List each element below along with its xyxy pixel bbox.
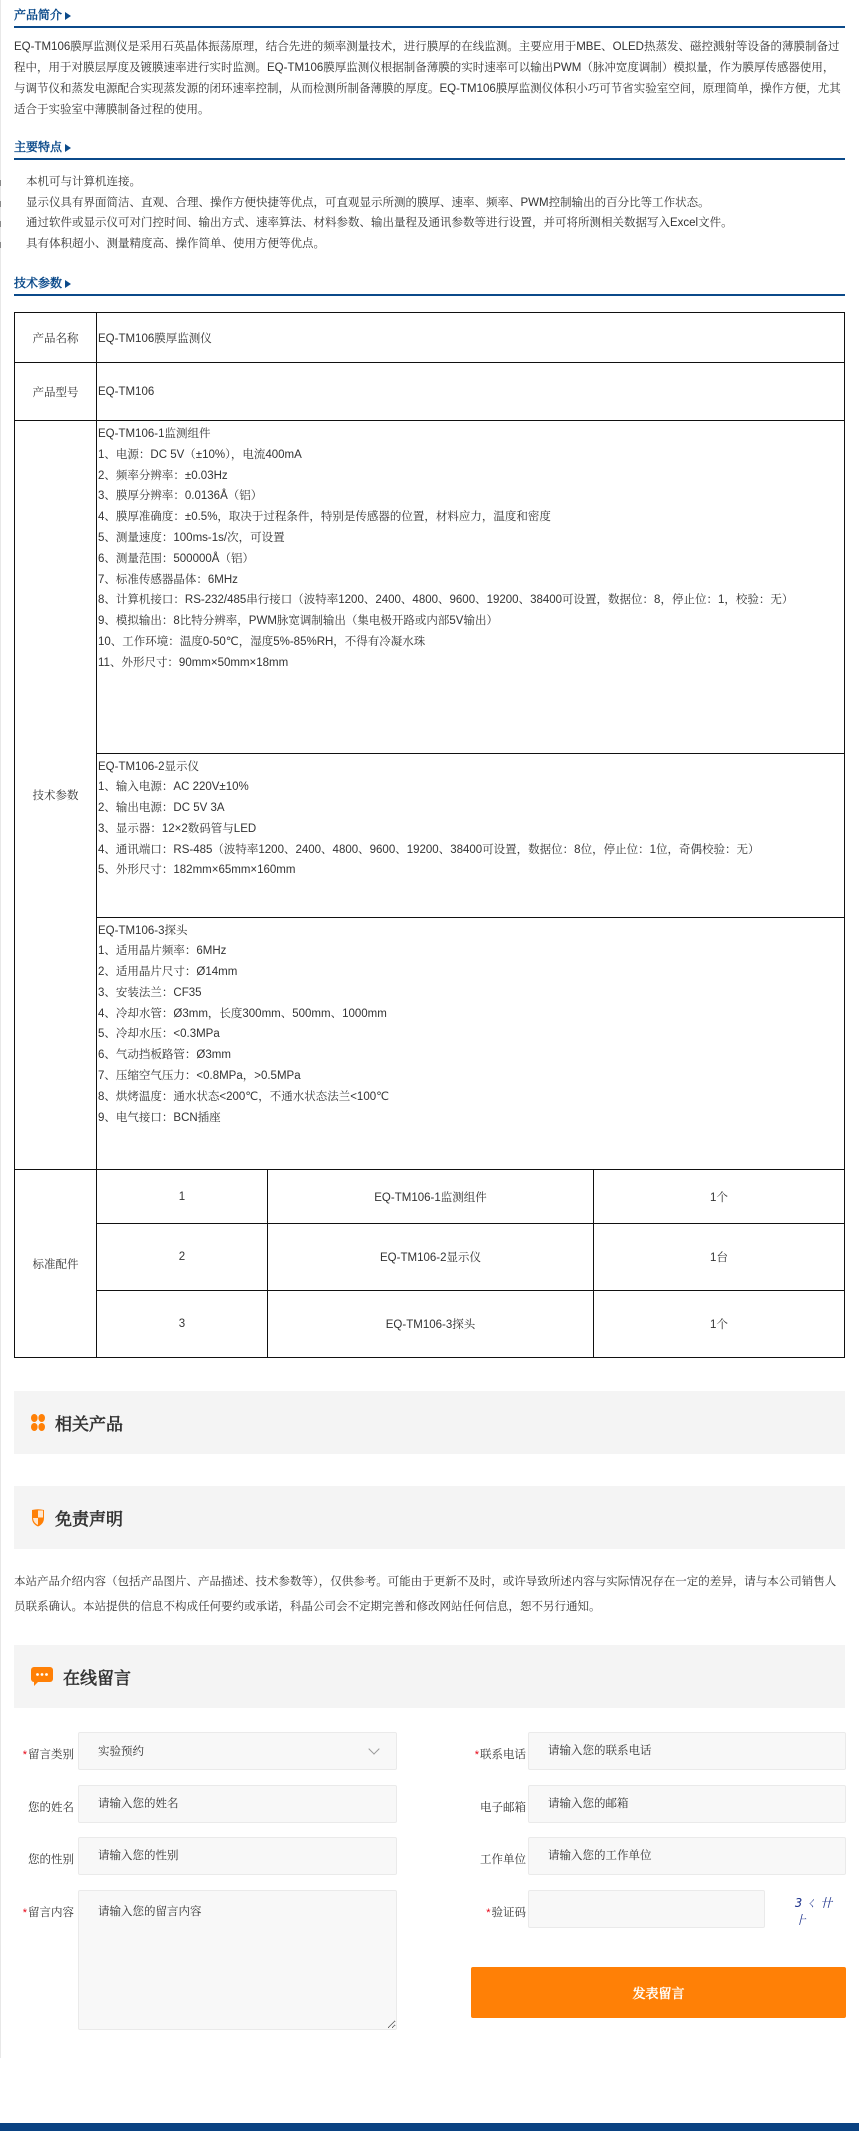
spec-line: 7、压缩空气压力：<0.8MPa，>0.5MPa [98,1066,844,1087]
feature-list: 本机可与计算机连接。 显示仪具有界面简洁、直观、合理、操作方便快捷等优点，可直观… [14,160,845,268]
category-label: *留言类别 [14,1746,74,1762]
table-row: 产品型号 EQ-TM106 [15,363,845,421]
spec-line: 5、测量速度：100ms-1s/次，可设置 [98,528,844,549]
block-title: EQ-TM106-3探头 [98,921,844,942]
spec-line: 9、模拟输出：8比特分辨率，PWM脉宽调制输出（集电极开路或内部5V输出） [98,611,844,632]
product-name-value: EQ-TM106膜厚监测仪 [97,313,845,363]
panel-title: 免责声明 [55,1505,123,1530]
spec-line: 3、安装法兰：CF35 [98,983,844,1004]
section-header-features: 主要特点 [14,132,845,160]
block-title: EQ-TM106-1监测组件 [98,424,844,445]
clover-icon [31,1414,45,1431]
accessory-no: 1 [97,1170,268,1224]
table-row: 产品名称 EQ-TM106膜厚监测仪 [15,313,845,363]
feature-item: 具有体积超小、测量精度高、操作简单、使用方便等优点。 [14,234,845,255]
row-label: 标准配件 [15,1170,97,1358]
accessory-row: 标准配件 1 EQ-TM106-1监测组件 1个 [15,1170,845,1224]
category-selected-value: 实验预约 [98,1743,144,1759]
accessory-qty: 1个 [594,1291,845,1358]
row-label: 产品名称 [15,313,97,363]
tech-params-blocks: EQ-TM106-1监测组件 1、电源：DC 5V（±10%），电流400mA … [97,421,844,1169]
spec-line: 6、测量范围：500000Å（铝） [98,549,844,570]
spec-line: 4、膜厚准确度：±0.5%，取决于过程条件，特别是传感器的位置，材料应力，温度和… [98,507,844,528]
spec-line: 3、膜厚分辨率：0.0136Å（铝） [98,486,844,507]
spec-block-monitor: EQ-TM106-1监测组件 1、电源：DC 5V（±10%），电流400mA … [97,421,844,753]
footer-bar [0,2123,859,2131]
spec-block-probe: EQ-TM106-3探头 1、适用晶片频率：6MHz 2、适用晶片尺寸：Ø14m… [97,917,844,1169]
chevron-down-icon [368,1743,379,1754]
spec-line: 3、显示器：12×2数码管与LED [98,819,844,840]
spec-line: 5、冷却水压：<0.3MPa [98,1024,844,1045]
gender-label: 您的性别 [14,1851,74,1867]
gender-input[interactable] [78,1837,397,1875]
spec-line: 2、适用晶片尺寸：Ø14mm [98,962,844,983]
spec-line: 10、工作环境：温度0-50℃，湿度5%-85%RH，不得有冷凝水珠 [98,632,844,653]
spec-line: 4、冷却水管：Ø3mm，长度300mm、500mm、1000mm [98,1004,844,1025]
tech-params-cell: EQ-TM106-1监测组件 1、电源：DC 5V（±10%），电流400mA … [97,421,845,1170]
table-row: 技术参数 EQ-TM106-1监测组件 1、电源：DC 5V（±10%），电流4… [15,421,845,1170]
spec-line: 8、烘烤温度：通水状态<200℃，不通水状态法兰<100℃ [98,1087,844,1108]
label-text: 验证码 [492,1907,527,1919]
row-label: 技术参数 [15,421,97,1170]
spec-line: 1、输入电源：AC 220V±10% [98,777,844,798]
panel-title: 相关产品 [55,1410,123,1435]
chat-bubble-icon [31,1667,53,1687]
spec-table: 产品名称 EQ-TM106膜厚监测仪 产品型号 EQ-TM106 技术参数 EQ… [14,312,845,1358]
label-text: 联系电话 [480,1749,526,1761]
message-panel: 在线留言 [14,1645,845,1708]
row-label: 产品型号 [15,363,97,421]
spec-block-display: EQ-TM106-2显示仪 1、输入电源：AC 220V±10% 2、输出电源：… [97,753,844,917]
required-mark: * [475,1749,479,1761]
accessory-name: EQ-TM106-2显示仪 [268,1224,594,1291]
feature-item: 本机可与计算机连接。 [14,172,845,193]
disclaimer-panel: 免责声明 [14,1486,845,1549]
name-label: 您的姓名 [14,1799,74,1815]
spec-line: 11、外形尺寸：90mm×50mm×18mm [98,653,844,674]
captcha-input[interactable] [528,1890,765,1928]
section-title: 产品简介 [14,8,62,22]
section-title: 技术参数 [14,276,62,290]
phone-input[interactable] [528,1732,846,1770]
label-text: 留言内容 [28,1907,74,1919]
block-title: EQ-TM106-2显示仪 [98,757,844,778]
feature-item: 通过软件或显示仪可对门控时间、输出方式、速率算法、材料参数、输出量程及通讯参数等… [14,213,845,234]
accessory-name: EQ-TM106-1监测组件 [268,1170,594,1224]
triangle-right-icon [65,280,71,288]
accessory-qty: 1台 [594,1224,845,1291]
product-detail-page: 产品简介 EQ-TM106膜厚监测仪是采用石英晶体振荡原理，结合先进的频率测量技… [0,0,859,2131]
content-label: *留言内容 [14,1904,74,1920]
label-text: 留言类别 [28,1749,74,1761]
content-textarea[interactable] [78,1890,397,2030]
name-input[interactable] [78,1785,397,1823]
company-input[interactable] [528,1837,846,1875]
spec-line: 1、电源：DC 5V（±10%），电流400mA [98,445,844,466]
required-mark: * [486,1907,490,1919]
email-input[interactable] [528,1785,846,1823]
accessory-row: 2 EQ-TM106-2显示仪 1台 [15,1224,845,1291]
captcha-label: *验证码 [466,1904,526,1920]
required-mark: * [23,1907,27,1919]
triangle-right-icon [65,12,71,20]
captcha-image[interactable]: 3ㄑ卄⺊ [795,1894,845,1928]
message-form: *留言类别 实验预约 *联系电话 您的姓名 电子邮箱 您的性别 工作单位 *留言… [14,1708,845,2048]
accessory-row: 3 EQ-TM106-3探头 1个 [15,1291,845,1358]
section-header-intro: 产品简介 [14,0,845,28]
phone-label: *联系电话 [466,1746,526,1762]
accessory-no: 3 [97,1291,268,1358]
accessory-name: EQ-TM106-3探头 [268,1291,594,1358]
section-title: 主要特点 [14,140,62,154]
intro-text: EQ-TM106膜厚监测仪是采用石英晶体振荡原理，结合先进的频率测量技术，进行膜… [14,28,845,131]
category-select[interactable]: 实验预约 [78,1732,397,1770]
disclaimer-text: 本站产品介绍内容（包括产品图片、产品描述、技术参数等），仅供参考。可能由于更新不… [14,1549,845,1645]
related-products-panel: 相关产品 [14,1391,845,1454]
spec-line: 5、外形尺寸：182mm×65mm×160mm [98,860,844,881]
required-mark: * [23,1749,27,1761]
shield-icon [31,1509,45,1527]
spec-line: 4、通讯端口：RS-485（波特率1200、2400、4800、9600、192… [98,840,844,861]
spec-line: 7、标准传感器晶体：6MHz [98,570,844,591]
feature-item: 显示仪具有界面简洁、直观、合理、操作方便快捷等优点，可直观显示所测的膜厚、速率、… [14,193,845,214]
company-label: 工作单位 [466,1851,526,1867]
panel-title: 在线留言 [63,1664,131,1689]
submit-message-button[interactable]: 发表留言 [471,1967,846,2018]
spec-line: 8、计算机接口：RS-232/485串行接口（波特率1200、2400、4800… [98,590,844,611]
product-model-value: EQ-TM106 [97,363,845,421]
triangle-right-icon [65,144,71,152]
accessory-qty: 1个 [594,1170,845,1224]
spec-line: 1、适用晶片频率：6MHz [98,941,844,962]
accessory-no: 2 [97,1224,268,1291]
left-border [0,0,1,2058]
spec-line: 2、频率分辨率：±0.03Hz [98,466,844,487]
section-header-specs: 技术参数 [14,268,845,296]
spec-line: 6、气动挡板路管：Ø3mm [98,1045,844,1066]
spec-line: 9、电气接口：BCN插座 [98,1108,844,1129]
email-label: 电子邮箱 [466,1799,526,1815]
spec-line: 2、输出电源：DC 5V 3A [98,798,844,819]
